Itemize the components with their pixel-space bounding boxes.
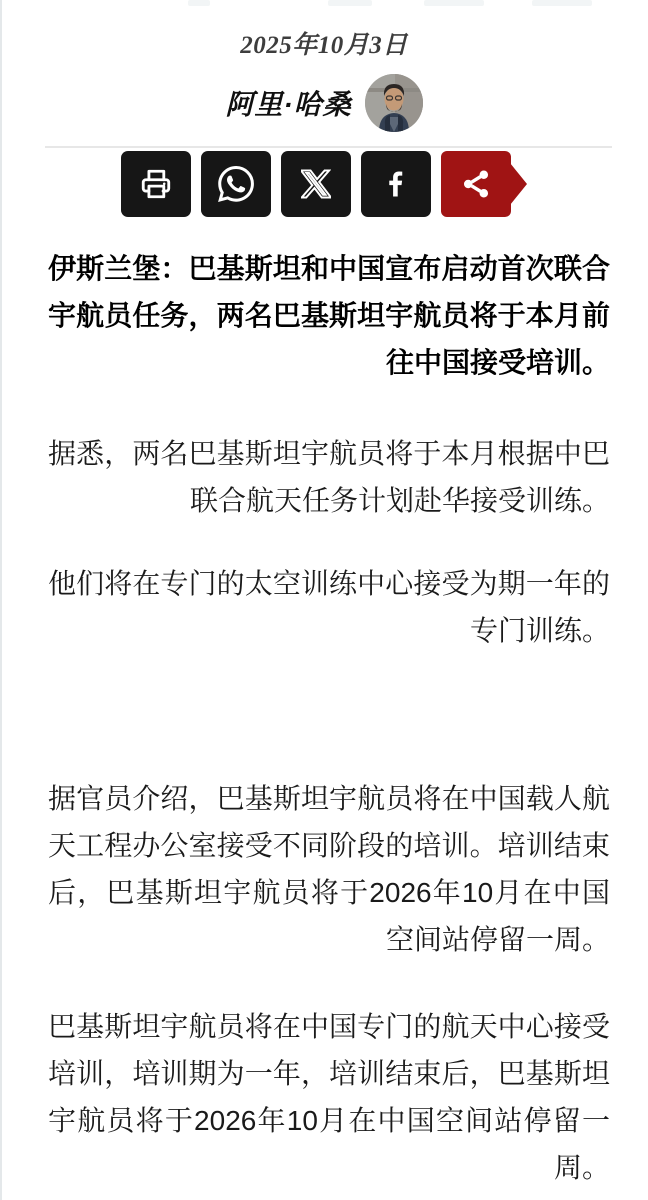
share-button-bar [0, 151, 648, 217]
x-twitter-button[interactable] [281, 151, 351, 217]
article-paragraph: 他们将在专门的太空训练中心接受为期一年的专门训练。 [48, 560, 610, 654]
author-name[interactable]: 阿里·哈桑 [225, 83, 351, 123]
printer-icon [139, 167, 173, 201]
article-paragraph: 巴基斯坦宇航员将在中国专门的航天中心接受培训，培训期为一年，培训结束后，巴基斯坦… [48, 1003, 610, 1191]
print-button[interactable] [121, 151, 191, 217]
facebook-icon [381, 169, 411, 199]
page-edge-line [0, 0, 2, 1200]
author-byline: 阿里·哈桑 [0, 74, 648, 132]
header-divider [45, 146, 612, 148]
article-date: 2025年10月3日 [0, 32, 648, 60]
article-paragraph: 据悉，两名巴基斯坦宇航员将于本月根据中巴联合航天任务计划赴华接受训练。 [48, 430, 610, 524]
whatsapp-button[interactable] [201, 151, 271, 217]
avatar-portrait-icon [365, 74, 423, 132]
share-button[interactable] [441, 151, 511, 217]
author-avatar[interactable] [365, 74, 423, 132]
article-paragraph: 据官员介绍，巴基斯坦宇航员将在中国载人航天工程办公室接受不同阶段的培训。培训结束… [48, 775, 610, 963]
x-logo-icon [301, 169, 331, 199]
top-cropped-artifacts [0, 0, 648, 8]
facebook-button[interactable] [361, 151, 431, 217]
article-body: 伊斯兰堡：巴基斯坦和中国宣布启动首次联合宇航员任务，两名巴基斯坦宇航员将于本月前… [0, 245, 648, 1191]
whatsapp-icon [218, 166, 254, 202]
share-nodes-icon [459, 167, 493, 201]
article-lede-paragraph: 伊斯兰堡：巴基斯坦和中国宣布启动首次联合宇航员任务，两名巴基斯坦宇航员将于本月前… [48, 245, 610, 386]
